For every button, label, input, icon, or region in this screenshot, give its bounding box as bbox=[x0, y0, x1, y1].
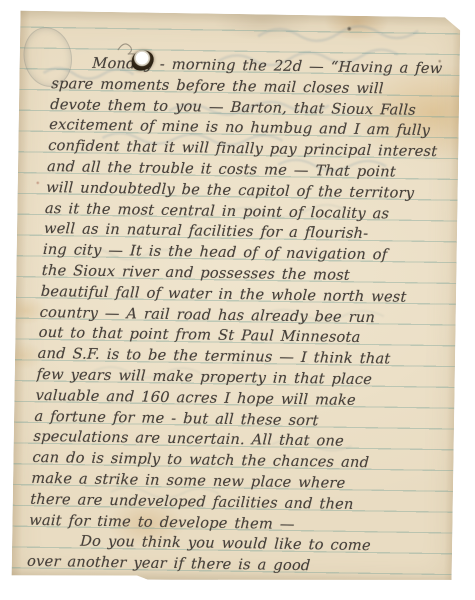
photo-background: Monday - morning the 22d — “Having a few… bbox=[0, 0, 475, 600]
letter-paper: Monday - morning the 22d — “Having a few… bbox=[12, 11, 461, 585]
letter-lines: Monday - morning the 22d — “Having a few… bbox=[27, 53, 467, 579]
